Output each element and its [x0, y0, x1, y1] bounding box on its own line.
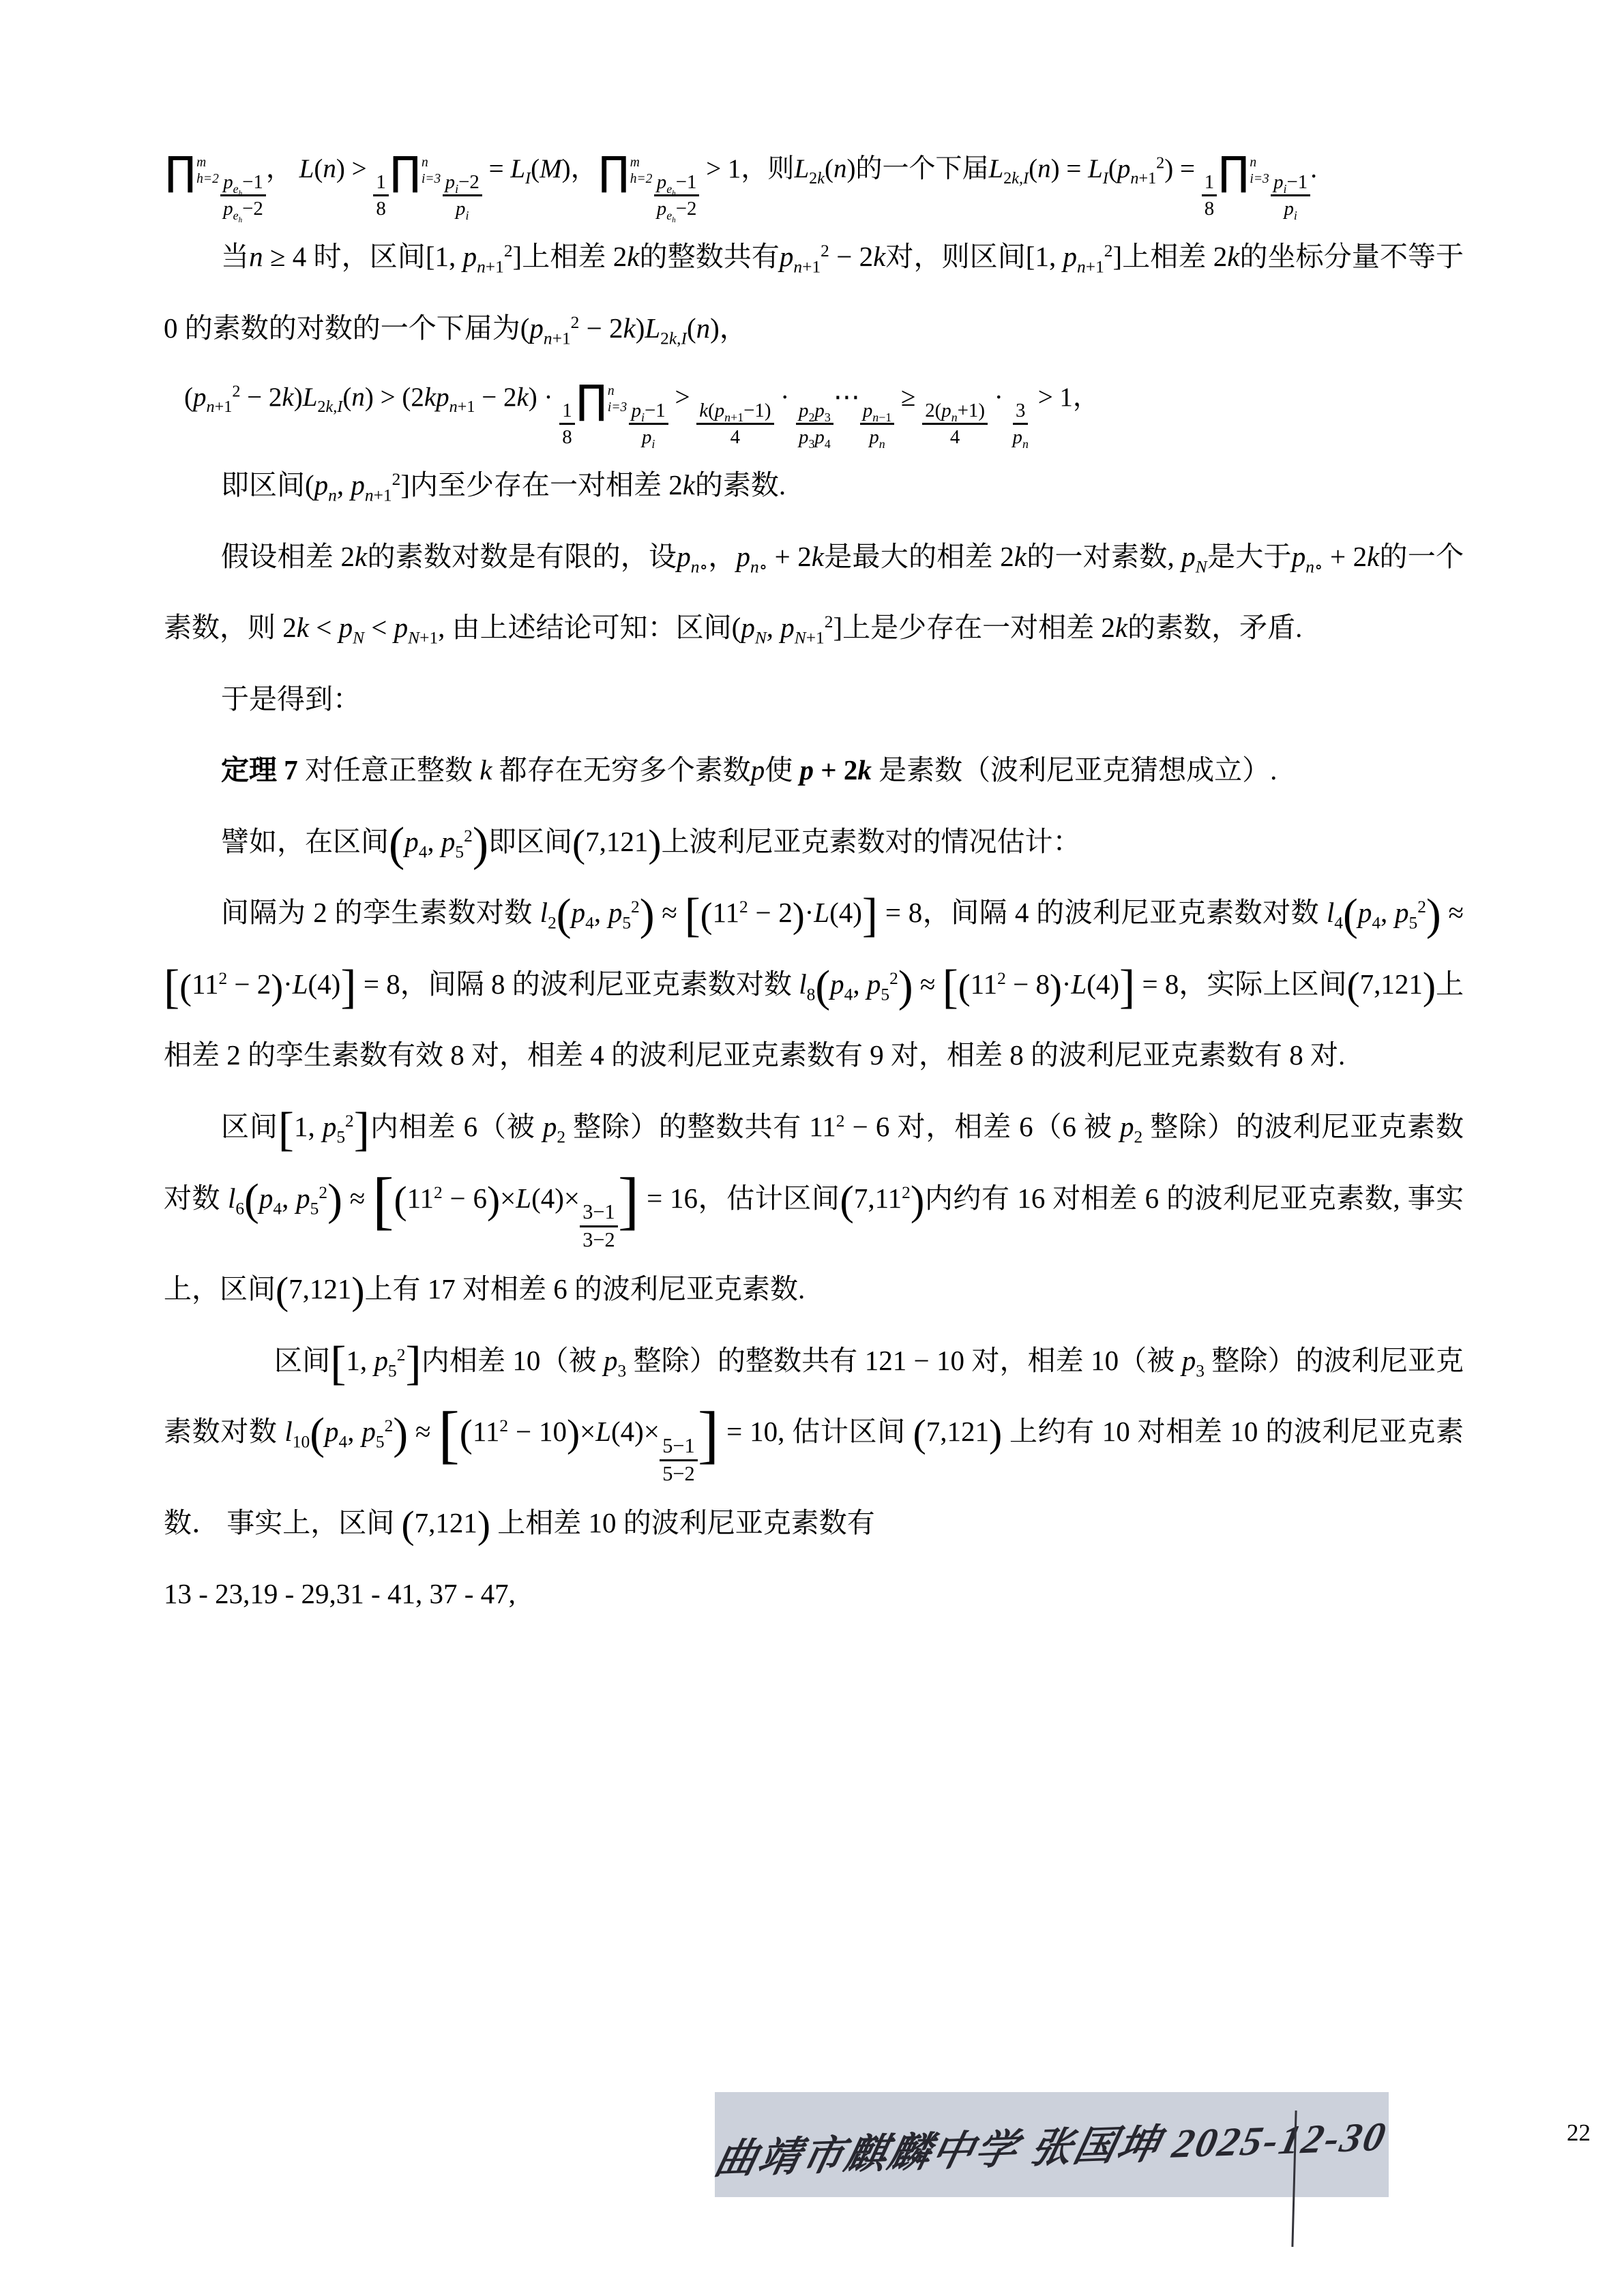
document-content: ∏mh=2peh−1peh−2， L(n) > 18∏ni=3pi−2pi = …: [164, 135, 1464, 1630]
display-inequality: (pn+12 − 2k)L2k,I(n) > (2kpn+1 − 2k) · 1…: [164, 363, 1464, 449]
para-gap-10-estimate: 区间[1, p52]内相差 10（被 p3 整除）的整数共有 121 − 10 …: [164, 1325, 1464, 1559]
para-gap-2-4-8-estimates: 间隔为 2 的孪生素数对数 l2(p4, p52) ≈ [(112 − 2)·L…: [164, 877, 1464, 1091]
signature-text: 曲靖市麒麟中学 张国坤 2025-12-30: [710, 2104, 1393, 2186]
signature-image: 曲靖市麒麟中学 张国坤 2025-12-30: [715, 2092, 1389, 2197]
para-thus: 于是得到：: [164, 664, 1464, 735]
para-continuation-formula: ∏mh=2peh−1peh−2， L(n) > 18∏ni=3pi−2pi = …: [164, 135, 1464, 221]
para-interval-argument: 当n ≥ 4 时，区间[1, pn+12]上相差 2k的整数共有pn+12 − …: [164, 221, 1464, 363]
page-number: 22: [1567, 2119, 1591, 2147]
para-prime-pairs-list: 13 - 23,19 - 29,31 - 41, 37 - 47,: [164, 1558, 1464, 1630]
para-contradiction-assumption: 假设相差 2k的素数对数是有限的，设pn∘，pn∘ + 2k是最大的相差 2k的…: [164, 521, 1464, 664]
para-conclusion-interval: 即区间(pn, pn+12]内至少存在一对相差 2k的素数.: [164, 449, 1464, 521]
document-page: ∏mh=2peh−1peh−2， L(n) > 18∏ni=3pi−2pi = …: [0, 0, 1624, 2296]
para-gap-6-estimate: 区间[1, p52]内相差 6（被 p2 整除）的整数共有 112 − 6 对，…: [164, 1091, 1464, 1325]
para-example-interval: 譬如，在区间(p4, p52)即区间(7,121)上波利尼亚克素数对的情况估计：: [164, 806, 1464, 878]
para-theorem-7: 定理 7 对任意正整数 k 都存在无穷多个素数p使 p + 2k 是素数（波利尼…: [164, 734, 1464, 806]
